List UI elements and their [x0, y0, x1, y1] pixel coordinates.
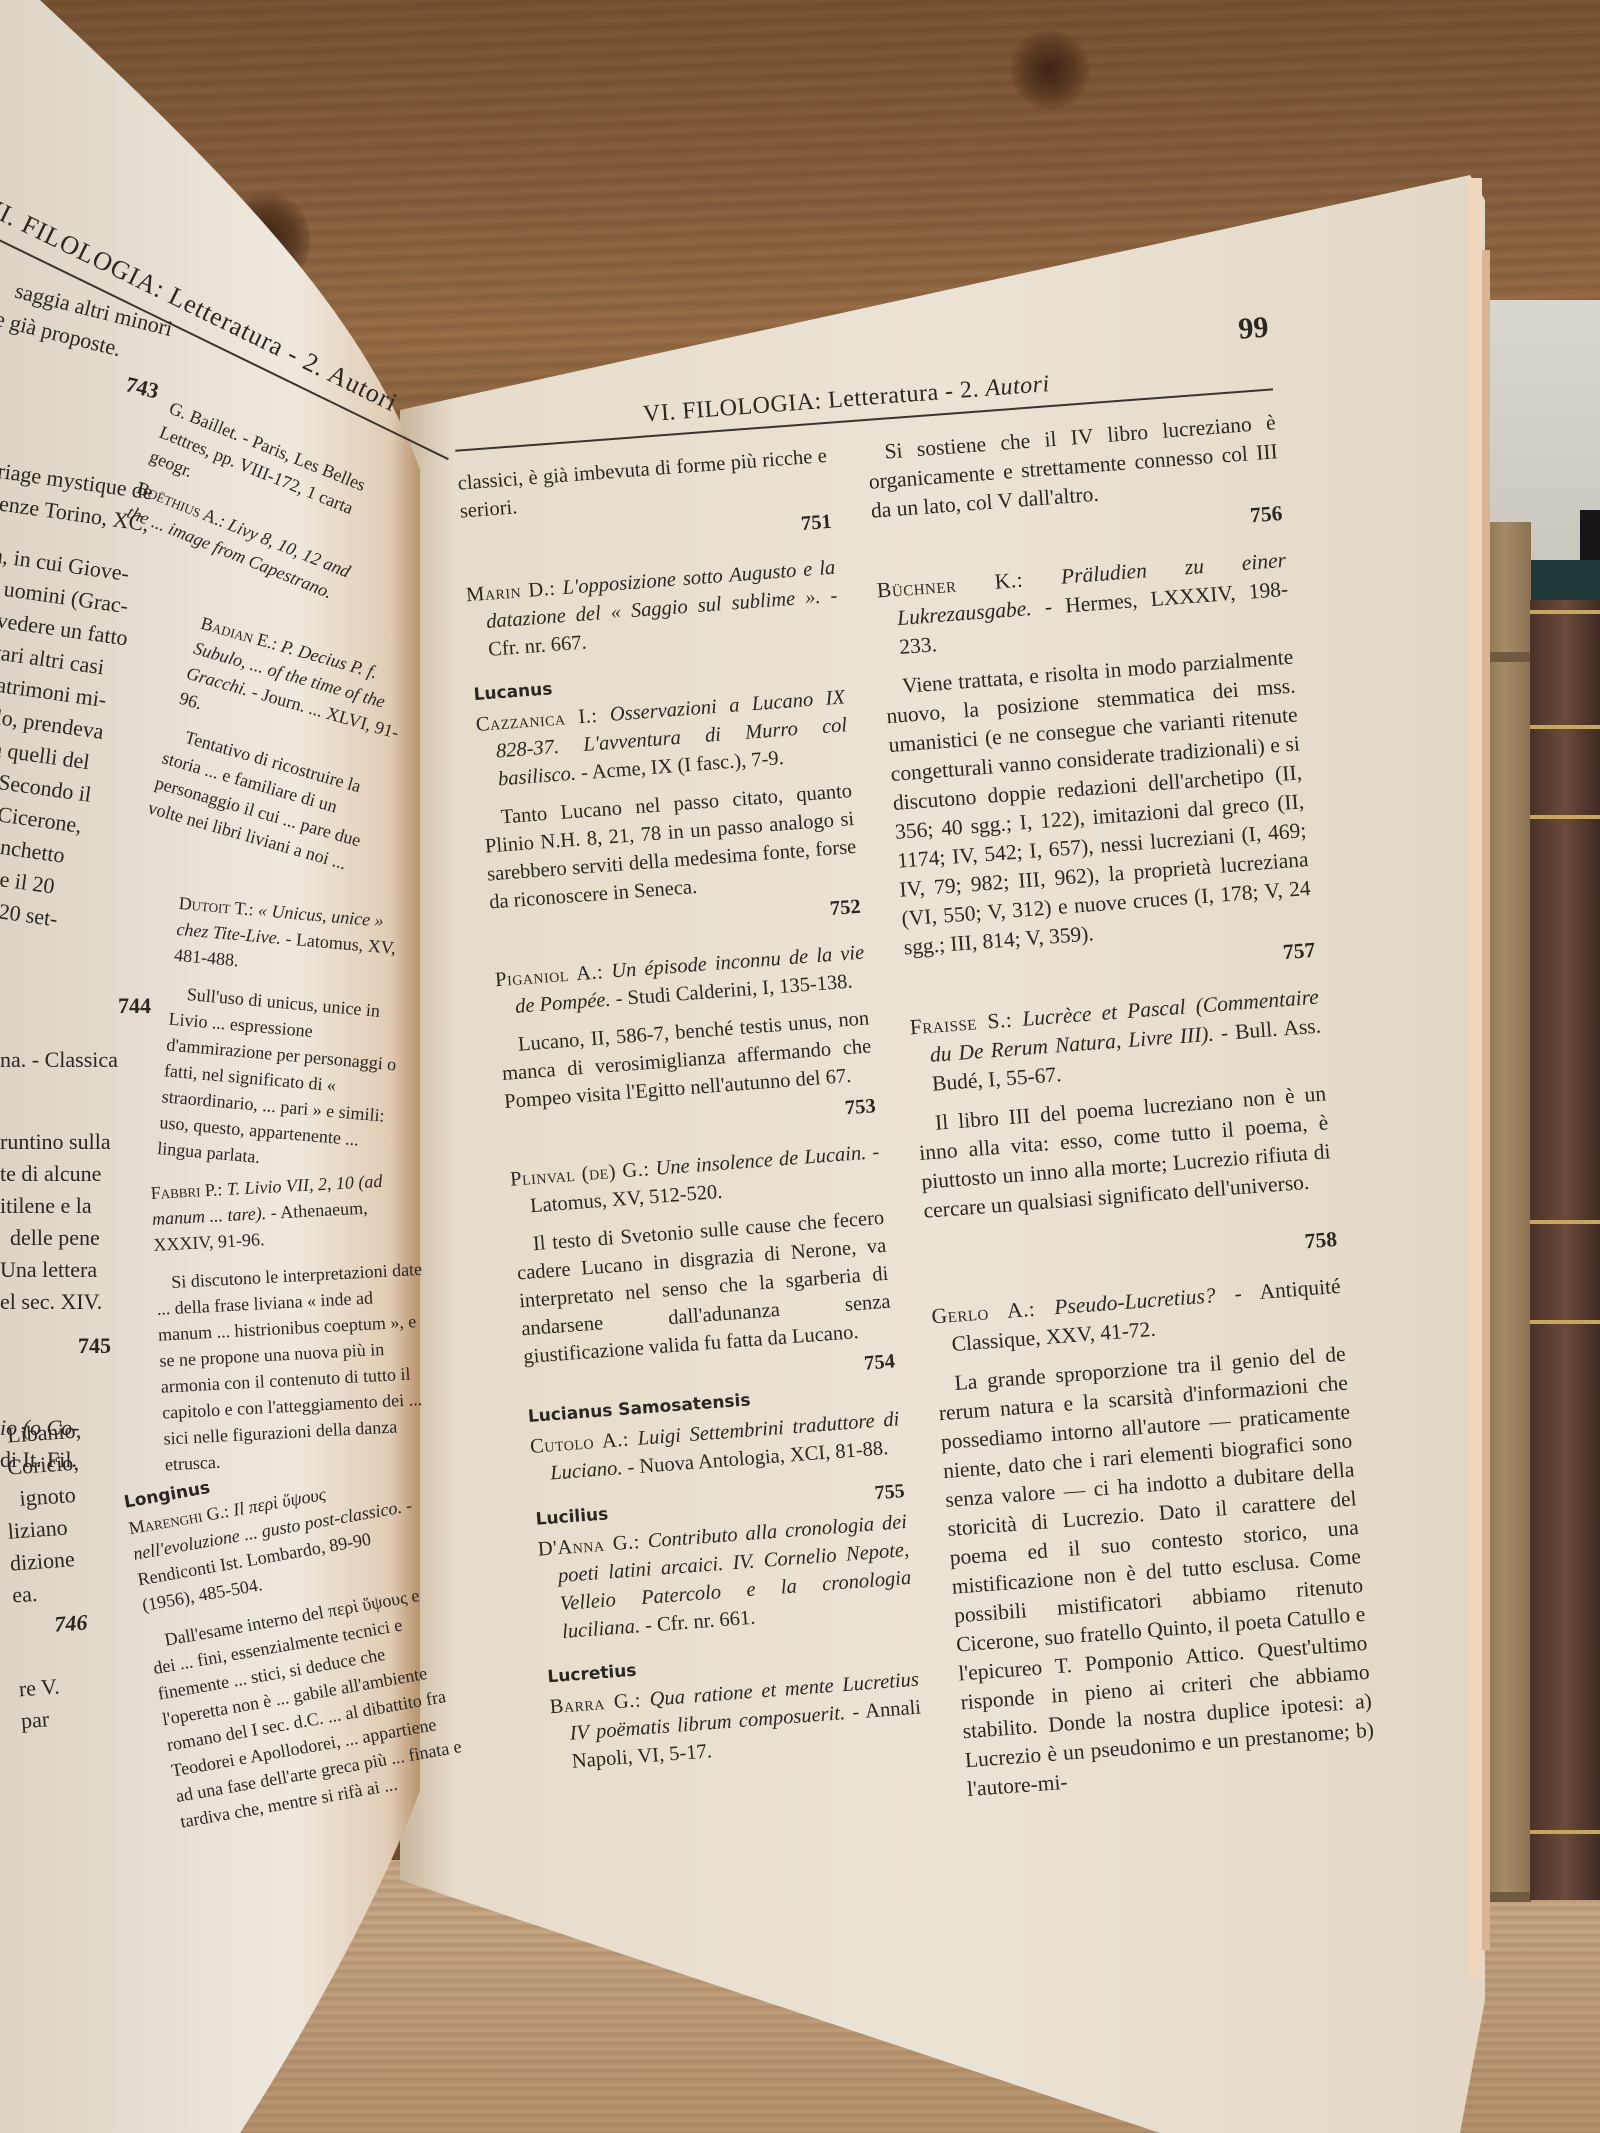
citation-marin: Marin D.: L'opposizione sotto Augusto e … — [465, 554, 840, 666]
abstract: Il libro III del poema lucreziano non è … — [916, 1079, 1334, 1225]
citation-fabbri: Fabbri P.: T. Livio VII, 2, 10 (ad manum… — [150, 1166, 424, 1258]
left-page-left-column-lower: 744 na. - Classica runtino sulla te di a… — [0, 990, 118, 1476]
left-page-right-column-dutoit: Dutoit T.: « Unicus, unice » chez Tite-L… — [156, 890, 419, 1182]
left-page-right-column-longinus: Longinus Marenghi G.: Il περὶ ὕψους nell… — [122, 1440, 468, 1835]
abstract: Sull'uso di unicus, unice in Livio ... e… — [156, 980, 411, 1182]
left-page-right-column-fabbri: Fabbri P.: T. Livio VII, 2, 10 (ad manum… — [150, 1166, 435, 1478]
citation-buchner: Büchner K.: Präludien zu einer Lukrezaus… — [876, 546, 1291, 663]
entry-number: 755 — [874, 1477, 906, 1507]
abstract: Tanto Lucano nel passo citato, quanto Pl… — [482, 777, 859, 916]
abstract: La grande sproporzione tra il genio del … — [936, 1340, 1377, 1805]
abstract: Il testo di Svetonio sulle cause che fec… — [514, 1204, 893, 1371]
abstract: Viene trattata, e risolta in modo parzia… — [883, 643, 1314, 963]
page-number: 99 — [1237, 311, 1269, 347]
citation-fraisse: Fraisse S.: Lucrèce et Pascal (Commentai… — [909, 983, 1324, 1100]
